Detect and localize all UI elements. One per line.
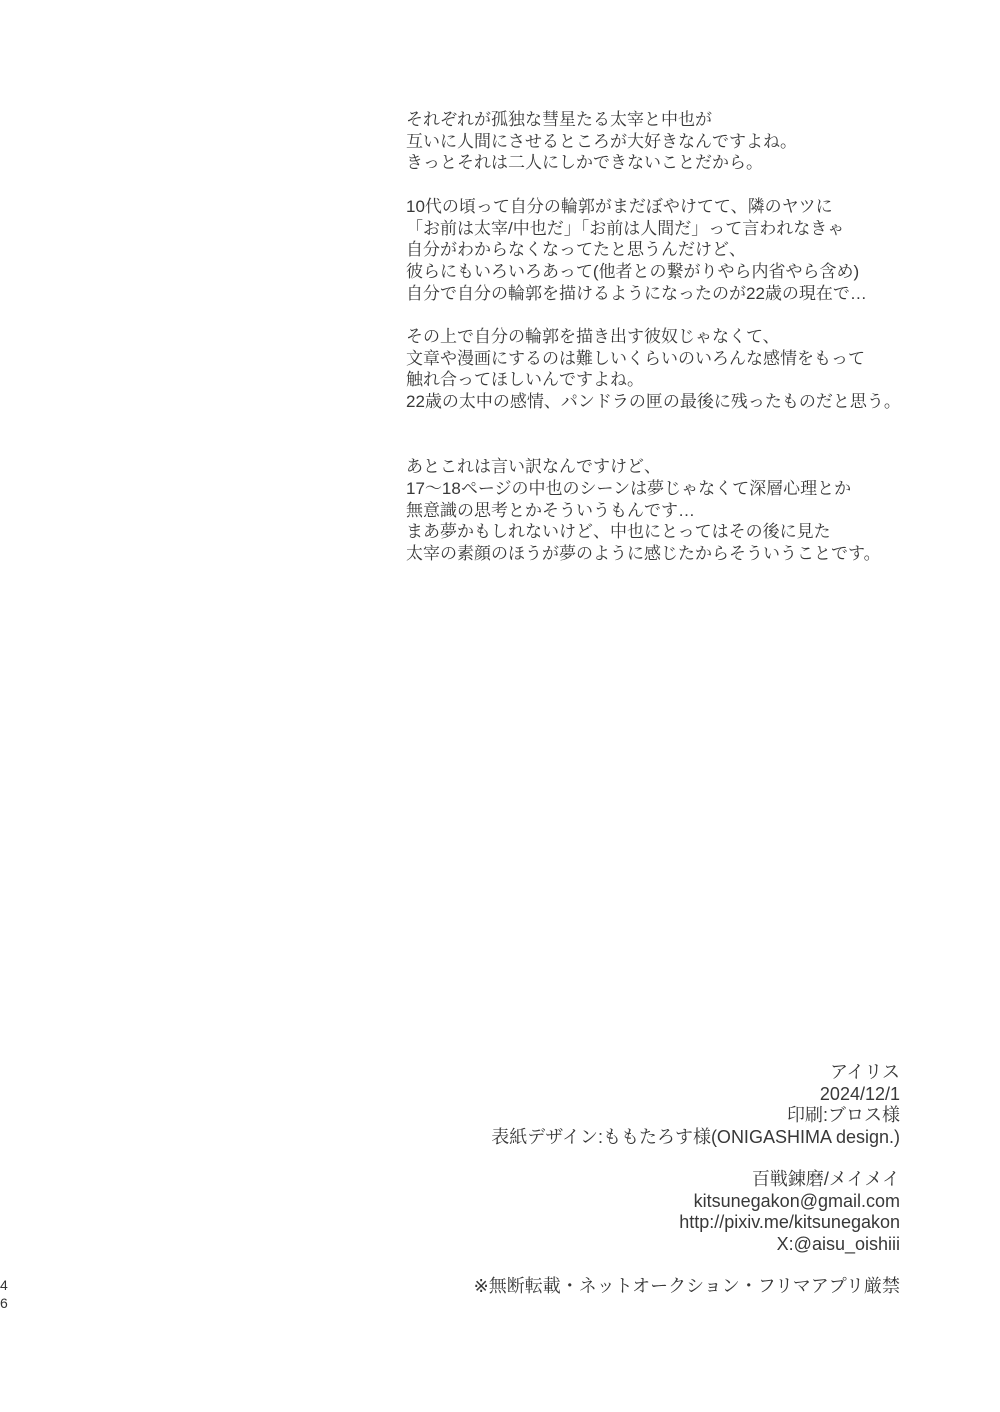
afterword-paragraph-4: あとこれは言い訳なんですけど、 17〜18ページの中也のシーンは夢じゃなくて深層… — [406, 456, 901, 565]
colophon-publication-info: アイリス 2024/12/1 印刷:ブロス様 表紙デザイン:ももたろす様(ONI… — [491, 1062, 900, 1148]
colophon-author-contact: 百戦錬磨/メイメイ kitsunegakon@gmail.com http://… — [679, 1169, 900, 1255]
page-number: 4 6 — [0, 1277, 8, 1312]
afterword-paragraph-1: それぞれが孤独な彗星たる太宰と中也が 互いに人間にさせるところが大好きなんですよ… — [406, 109, 901, 174]
colophon-reproduction-notice: ※無断転載・ネットオークション・フリマアプリ厳禁 — [474, 1276, 900, 1298]
afterword-paragraph-2: 10代の頃って自分の輪郭がまだぼやけてて、隣のヤツに 「お前は太宰/中也だ」「お… — [406, 196, 901, 305]
afterword-page: それぞれが孤独な彗星たる太宰と中也が 互いに人間にさせるところが大好きなんですよ… — [0, 0, 1000, 1412]
afterword-text-block: それぞれが孤独な彗星たる太宰と中也が 互いに人間にさせるところが大好きなんですよ… — [406, 109, 901, 565]
afterword-paragraph-3: その上で自分の輪郭を描き出す彼奴じゃなくて、 文章や漫画にするのは難しいくらいの… — [406, 326, 901, 413]
